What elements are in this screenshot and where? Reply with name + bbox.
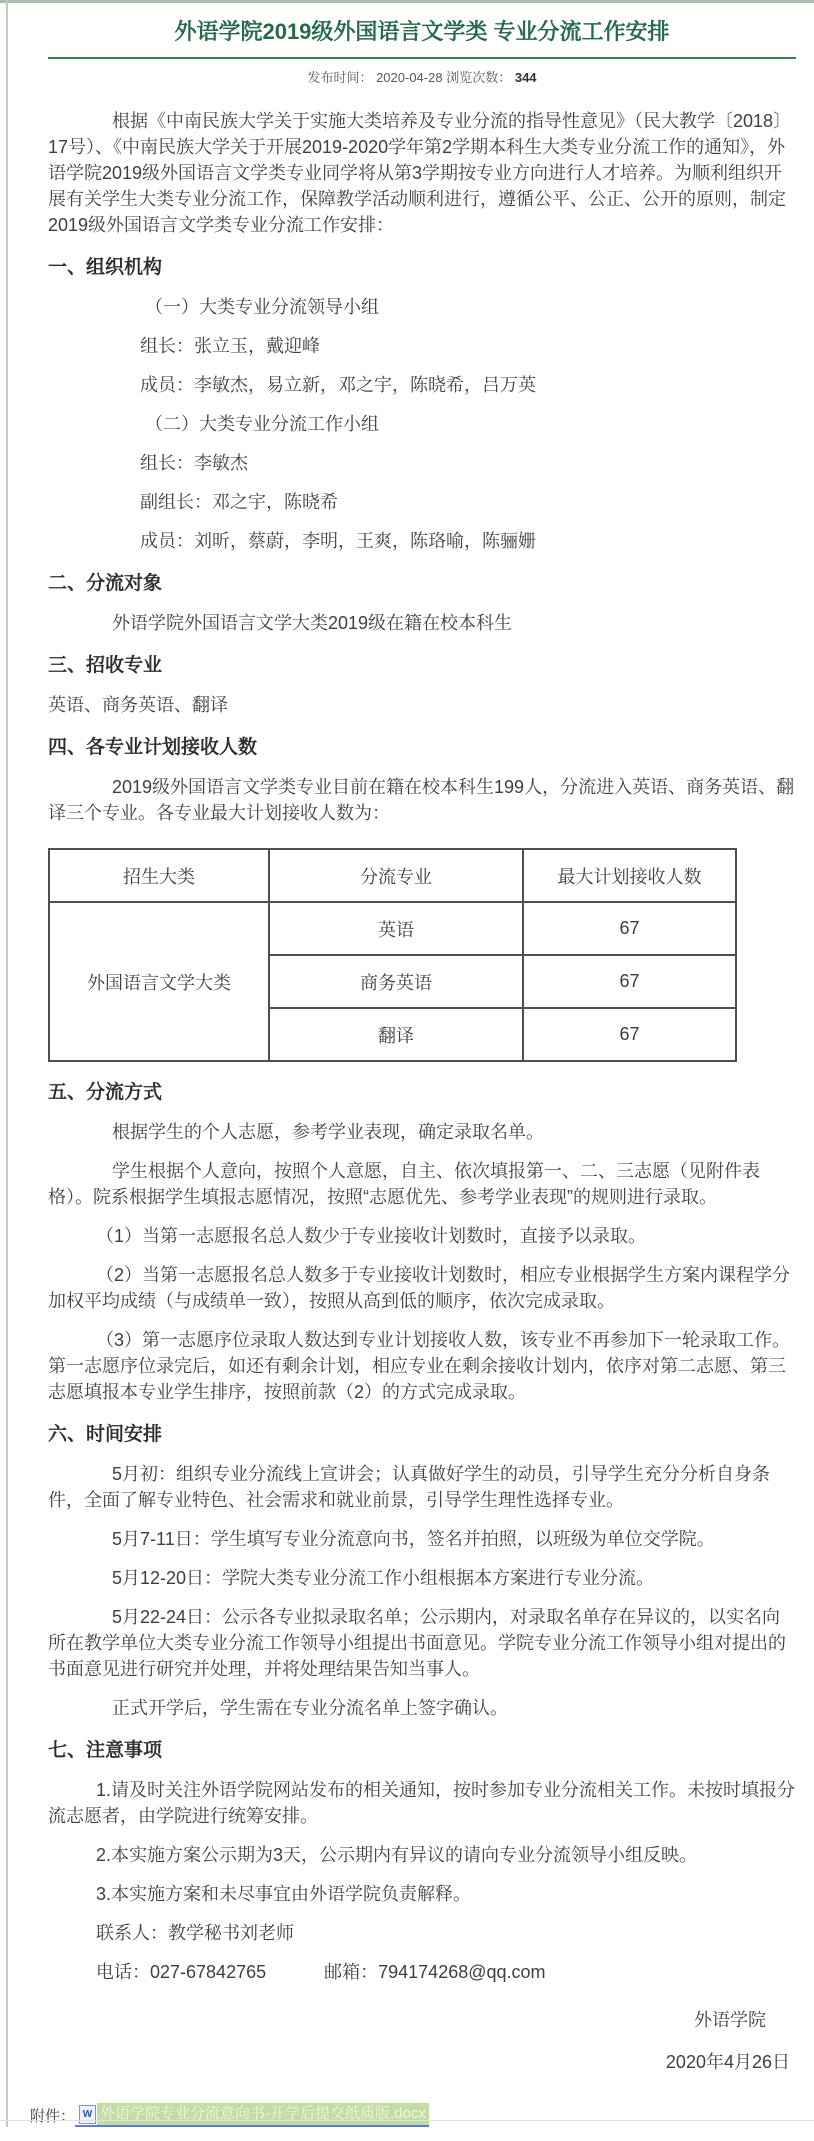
major-cell: 英语	[269, 902, 523, 955]
major-cell: 商务英语	[269, 955, 523, 1008]
schedule-item: 5月7-11日：学生填写专业分流意向书，签名并拍照，以班级为单位交学院。	[48, 1526, 796, 1552]
group1-title: （一）大类专业分流领导小组	[145, 294, 796, 320]
bottom-divider	[0, 2120, 814, 2121]
attachment-link[interactable]: W 外语学院专业分流意向书-开学后提交纸质版.docx	[75, 2103, 429, 2127]
attachment-label: 附件：	[30, 2105, 75, 2126]
article-page: 外语学院2019级外国语言文学类 专业分流工作安排 发布时间： 2020-04-…	[0, 0, 814, 2127]
title-divider	[48, 57, 796, 59]
group1-leader: 组长：张立玉，戴迎峰	[140, 333, 796, 359]
views-label: 浏览次数：	[446, 70, 511, 85]
count-cell: 67	[523, 955, 736, 1008]
section7-heading: 七、注意事项	[48, 1738, 796, 1764]
table-row: 外国语言文学大类 英语 67	[49, 902, 736, 955]
header-major: 分流专业	[269, 849, 523, 902]
section4-body: 2019级外国语言文学类专业目前在籍在校本科生199人，分流进入英语、商务英语、…	[48, 774, 796, 826]
signature-org: 外语学院	[48, 2007, 766, 2033]
schedule-item: 5月12-20日：学院大类专业分流工作小组根据本方案进行专业分流。	[48, 1565, 796, 1591]
contact-line: 电话：027-67842765邮箱：794174268@qq.com	[48, 1959, 796, 1985]
article-meta: 发布时间： 2020-04-28 浏览次数： 344	[48, 69, 796, 86]
quota-table-header-row: 招生大类 分流专业 最大计划接收人数	[49, 849, 736, 902]
notice-item: 1.请及时关注外语学院网站发布的相关通知，按时参加专业分流相关工作。未按时填报分…	[48, 1777, 796, 1829]
count-cell: 67	[523, 902, 736, 955]
section5-rule-1: （1）当第一志愿报名总人数少于专业接收计划数时，直接予以录取。	[48, 1223, 796, 1249]
major-cell: 翻译	[269, 1008, 523, 1061]
notice-item: 3.本实施方案和未尽事宜由外语学院负责解释。	[48, 1881, 796, 1907]
group2-leader: 组长：李敏杰	[140, 450, 796, 476]
section5-paragraph: 学生根据个人意向，按照个人意愿，自主、依次填报第一、二、三志愿（见附件表格）。院…	[48, 1158, 796, 1210]
group2-title: （二）大类专业分流工作小组	[145, 411, 796, 437]
section5-paragraph: 根据学生的个人志愿，参考学业表现，确定录取名单。	[48, 1119, 796, 1145]
signature-date: 2020年4月26日	[48, 2049, 790, 2075]
section5-heading: 五、分流方式	[48, 1080, 796, 1106]
contact-person: 联系人：教学秘书刘老师	[48, 1920, 796, 1946]
intro-paragraph: 根据《中南民族大学关于实施大类培养及专业分流的指导性意见》（民大教学〔2018〕…	[48, 108, 796, 238]
count-cell: 67	[523, 1008, 736, 1061]
section5-rule-3: （3）第一志愿序位录取人数达到专业计划接收人数，该专业不再参加下一轮录取工作。第…	[48, 1327, 796, 1405]
publish-time-value: 2020-04-28	[376, 70, 443, 85]
attachment-row: 附件： W 外语学院专业分流意向书-开学后提交纸质版.docx	[30, 2103, 814, 2127]
group2-deputy: 副组长：邓之宇，陈晓希	[140, 489, 796, 515]
quota-table: 招生大类 分流专业 最大计划接收人数 外国语言文学大类 英语 67 商务英语 6…	[48, 848, 737, 1062]
header-max-count: 最大计划接收人数	[523, 849, 736, 902]
schedule-item: 5月22-24日：公示各专业拟录取名单；公示期内，对录取名单存在异议的，以实名向…	[48, 1604, 796, 1682]
contact-phone: 电话：027-67842765	[96, 1962, 266, 1982]
section1-heading: 一、组织机构	[48, 255, 796, 281]
section4-heading: 四、各专业计划接收人数	[48, 735, 796, 761]
header-category: 招生大类	[49, 849, 269, 902]
section2-body: 外语学院外国语言文学大类2019级在籍在校本科生	[48, 610, 796, 636]
section5-rule-2: （2）当第一志愿报名总人数多于专业接收计划数时，相应专业根据学生方案内课程学分加…	[48, 1262, 796, 1314]
page-title: 外语学院2019级外国语言文学类 专业分流工作安排	[48, 3, 796, 46]
attachment-filename[interactable]: 外语学院专业分流意向书-开学后提交纸质版.docx	[97, 2103, 429, 2125]
left-border-line	[6, 0, 8, 2127]
publish-time-label: 发布时间：	[307, 70, 372, 85]
views-count: 344	[515, 70, 537, 85]
category-cell: 外国语言文学大类	[49, 902, 269, 1061]
schedule-item: 正式开学后，学生需在专业分流名单上签字确认。	[48, 1695, 796, 1721]
schedule-item: 5月初：组织专业分流线上宣讲会；认真做好学生的动员，引导学生充分分析自身条件，全…	[48, 1461, 796, 1513]
section6-heading: 六、时间安排	[48, 1422, 796, 1448]
contact-email: 邮箱：794174268@qq.com	[324, 1962, 545, 1982]
article-content: 外语学院2019级外国语言文学类 专业分流工作安排 发布时间： 2020-04-…	[0, 3, 814, 2075]
section2-heading: 二、分流对象	[48, 571, 796, 597]
group2-members: 成员：刘昕，蔡蔚，李明，王爽，陈珞喻，陈骊姗	[140, 528, 796, 554]
notice-item: 2.本实施方案公示期为3天，公示期内有异议的请向专业分流领导小组反映。	[48, 1842, 796, 1868]
section3-heading: 三、招收专业	[48, 653, 796, 679]
group1-members: 成员：李敏杰，易立新，邓之宇，陈晓希，吕万英	[140, 372, 796, 398]
word-doc-icon[interactable]: W	[79, 2105, 96, 2124]
section3-body: 英语、商务英语、翻译	[48, 692, 796, 718]
